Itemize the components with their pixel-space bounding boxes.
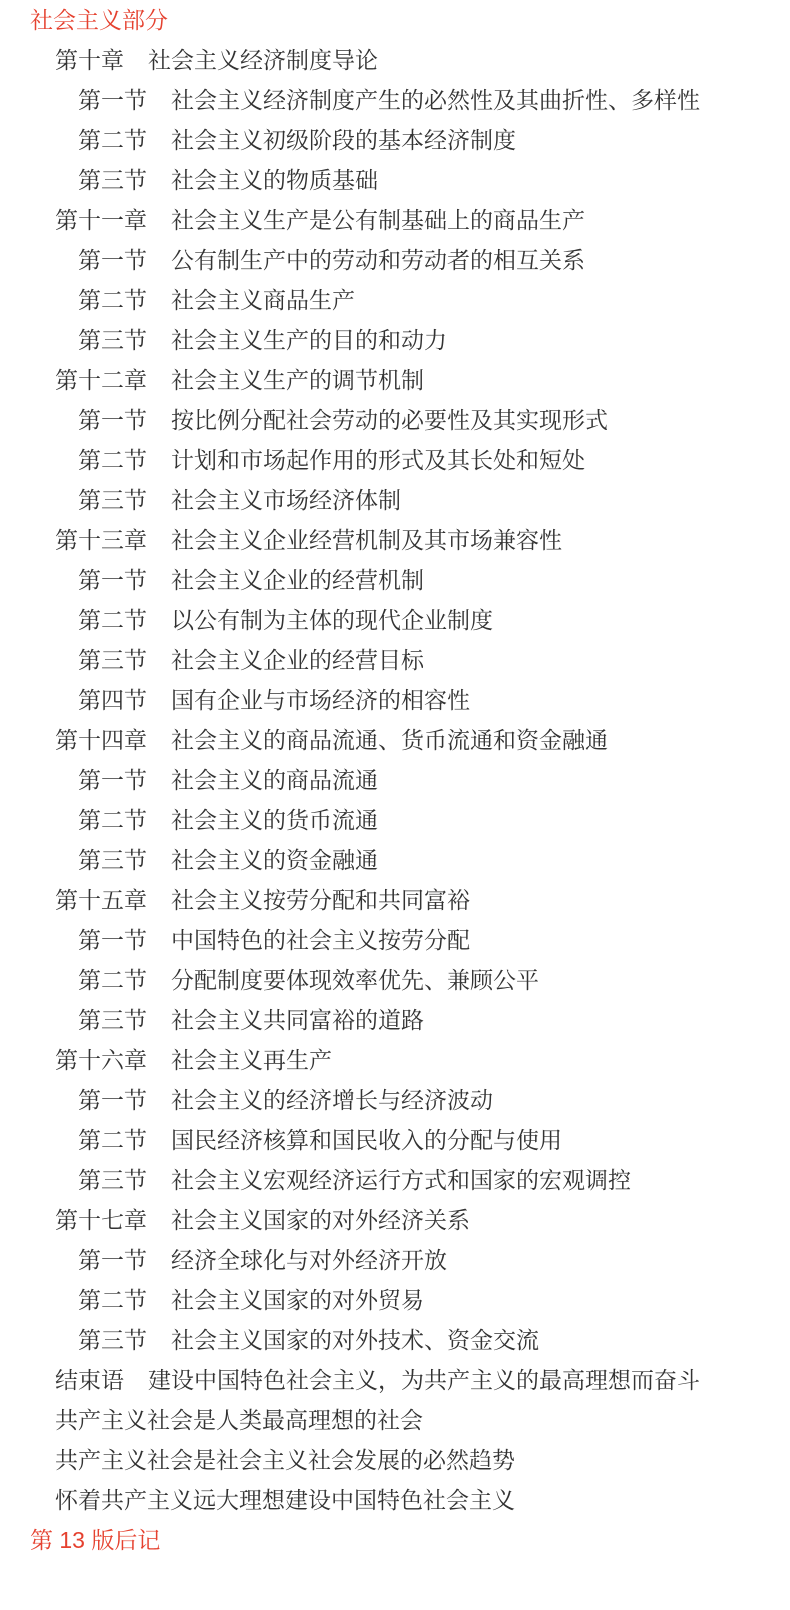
toc-item-number-label: 第二节	[78, 440, 147, 480]
toc-item: 第二节 国民经济核算和国民收入的分配与使用	[0, 1120, 790, 1160]
toc-item-title: 分配制度要体现效率优先、兼顾公平	[171, 960, 539, 1000]
toc-item: 第一节 社会主义经济制度产生的必然性及其曲折性、多样性	[0, 80, 790, 120]
toc-item: 共产主义社会是人类最高理想的社会	[0, 1400, 790, 1440]
toc-item-number-label: 第十四章	[55, 720, 147, 760]
toc-item: 第十七章 社会主义国家的对外经济关系	[0, 1200, 790, 1240]
toc-item-number-label: 第一节	[78, 1240, 147, 1280]
toc-item-number-label: 第十七章	[55, 1200, 147, 1240]
toc-item-title: 社会主义企业的经营目标	[171, 640, 424, 680]
toc-item: 第十二章 社会主义生产的调节机制	[0, 360, 790, 400]
edition-postscript: 第 13 版后记	[0, 1520, 790, 1560]
toc-item-title: 社会主义的经济增长与经济波动	[171, 1080, 493, 1120]
toc-item-number-label: 第一节	[78, 80, 147, 120]
toc-item: 第十章 社会主义经济制度导论	[0, 40, 790, 80]
toc-item: 第二节 以公有制为主体的现代企业制度	[0, 600, 790, 640]
toc-item-number-label: 第三节	[78, 480, 147, 520]
toc-item-title: 社会主义生产是公有制基础上的商品生产	[171, 200, 585, 240]
toc-item-title: 社会主义共同富裕的道路	[171, 1000, 424, 1040]
toc-item: 第一节 社会主义企业的经营机制	[0, 560, 790, 600]
toc-item: 第一节 公有制生产中的劳动和劳动者的相互关系	[0, 240, 790, 280]
toc-item: 第三节 社会主义宏观经济运行方式和国家的宏观调控	[0, 1160, 790, 1200]
toc-item-title: 以公有制为主体的现代企业制度	[171, 600, 493, 640]
toc-item: 怀着共产主义远大理想建设中国特色社会主义	[0, 1480, 790, 1520]
toc-item-number-label: 第十六章	[55, 1040, 147, 1080]
toc-item-number-label: 第三节	[78, 840, 147, 880]
toc-item: 第三节 社会主义的资金融通	[0, 840, 790, 880]
toc-item: 第三节 社会主义共同富裕的道路	[0, 1000, 790, 1040]
toc-item-title: 共产主义社会是社会主义社会发展的必然趋势	[55, 1440, 515, 1480]
toc-item-number-label: 第四节	[78, 680, 147, 720]
toc-item-title: 共产主义社会是人类最高理想的社会	[55, 1400, 423, 1440]
toc-item: 第十五章 社会主义按劳分配和共同富裕	[0, 880, 790, 920]
part-header: 社会主义部分	[0, 0, 790, 40]
toc-item: 第一节 经济全球化与对外经济开放	[0, 1240, 790, 1280]
toc-item-title: 按比例分配社会劳动的必要性及其实现形式	[171, 400, 608, 440]
toc-item-number-label: 第十一章	[55, 200, 147, 240]
toc-item-title: 国有企业与市场经济的相容性	[171, 680, 470, 720]
toc-item-title: 中国特色的社会主义按劳分配	[171, 920, 470, 960]
toc-item-title: 社会主义的商品流通、货币流通和资金融通	[171, 720, 608, 760]
toc-item-title: 社会主义企业的经营机制	[171, 560, 424, 600]
toc-item-number-label: 第十章	[55, 40, 124, 80]
toc-item: 第二节 社会主义初级阶段的基本经济制度	[0, 120, 790, 160]
toc-item-title: 怀着共产主义远大理想建设中国特色社会主义	[55, 1480, 515, 1520]
toc-item-number-label: 第二节	[78, 1120, 147, 1160]
toc-item-title: 社会主义经济制度产生的必然性及其曲折性、多样性	[171, 80, 700, 120]
toc-item: 第十一章 社会主义生产是公有制基础上的商品生产	[0, 200, 790, 240]
toc-item-title: 社会主义初级阶段的基本经济制度	[171, 120, 516, 160]
toc-item: 第一节 按比例分配社会劳动的必要性及其实现形式	[0, 400, 790, 440]
toc-item: 第二节 社会主义商品生产	[0, 280, 790, 320]
toc-item: 第一节 社会主义的经济增长与经济波动	[0, 1080, 790, 1120]
toc-item-title: 社会主义企业经营机制及其市场兼容性	[171, 520, 562, 560]
toc-item: 第二节 社会主义国家的对外贸易	[0, 1280, 790, 1320]
toc-item-number-label: 第一节	[78, 560, 147, 600]
toc-item-title: 社会主义市场经济体制	[171, 480, 401, 520]
toc-item: 第一节 社会主义的商品流通	[0, 760, 790, 800]
toc-item: 结束语 建设中国特色社会主义，为共产主义的最高理想而奋斗	[0, 1360, 790, 1400]
toc-item-title: 经济全球化与对外经济开放	[171, 1240, 447, 1280]
toc-item-number-label: 第三节	[78, 1160, 147, 1200]
toc-item-title: 社会主义商品生产	[171, 280, 355, 320]
toc-item-title: 社会主义生产的目的和动力	[171, 320, 447, 360]
toc-item-number-label: 第一节	[78, 240, 147, 280]
toc-item-title: 计划和市场起作用的形式及其长处和短处	[171, 440, 585, 480]
toc-item-number-label: 第十二章	[55, 360, 147, 400]
toc-item-number-label: 第一节	[78, 400, 147, 440]
toc-item-number-label: 第二节	[78, 1280, 147, 1320]
toc-item-number-label: 第二节	[78, 280, 147, 320]
toc-item: 第三节 社会主义国家的对外技术、资金交流	[0, 1320, 790, 1360]
toc-item: 第三节 社会主义企业的经营目标	[0, 640, 790, 680]
toc-item: 第十六章 社会主义再生产	[0, 1040, 790, 1080]
toc-item-title: 社会主义的物质基础	[171, 160, 378, 200]
toc-item-title: 社会主义宏观经济运行方式和国家的宏观调控	[171, 1160, 631, 1200]
toc-item-number-label: 第一节	[78, 760, 147, 800]
toc-item-number-label: 结束语	[55, 1360, 124, 1400]
toc-item-title: 社会主义国家的对外经济关系	[171, 1200, 470, 1240]
toc-item-title: 社会主义的商品流通	[171, 760, 378, 800]
toc-item-title: 社会主义再生产	[171, 1040, 332, 1080]
toc-page: 社会主义部分 第十章 社会主义经济制度导论 第一节 社会主义经济制度产生的必然性…	[0, 0, 790, 1610]
toc-item-number-label: 第二节	[78, 960, 147, 1000]
toc-item: 第二节 社会主义的货币流通	[0, 800, 790, 840]
toc-item-title: 社会主义国家的对外贸易	[171, 1280, 424, 1320]
toc-item-title: 社会主义经济制度导论	[148, 40, 378, 80]
toc-item-number-label: 第三节	[78, 1000, 147, 1040]
toc-item-title: 国民经济核算和国民收入的分配与使用	[171, 1120, 562, 1160]
toc-item: 第三节 社会主义市场经济体制	[0, 480, 790, 520]
toc-item-number-label: 第一节	[78, 920, 147, 960]
toc-item-number-label: 第二节	[78, 120, 147, 160]
toc-item-title: 社会主义国家的对外技术、资金交流	[171, 1320, 539, 1360]
toc-item: 第三节 社会主义的物质基础	[0, 160, 790, 200]
toc-item-title: 公有制生产中的劳动和劳动者的相互关系	[171, 240, 585, 280]
toc-item-number-label: 第三节	[78, 160, 147, 200]
toc-item: 第四节 国有企业与市场经济的相容性	[0, 680, 790, 720]
toc-item: 第二节 分配制度要体现效率优先、兼顾公平	[0, 960, 790, 1000]
toc-item: 共产主义社会是社会主义社会发展的必然趋势	[0, 1440, 790, 1480]
toc-item-title: 建设中国特色社会主义，为共产主义的最高理想而奋斗	[148, 1360, 700, 1400]
toc-item-number-label: 第二节	[78, 600, 147, 640]
toc-item-number-label: 第三节	[78, 640, 147, 680]
toc-item: 第十四章 社会主义的商品流通、货币流通和资金融通	[0, 720, 790, 760]
toc-item-number-label: 第十三章	[55, 520, 147, 560]
toc-item-number-label: 第二节	[78, 800, 147, 840]
toc-item-title: 社会主义按劳分配和共同富裕	[171, 880, 470, 920]
toc-item-title: 社会主义生产的调节机制	[171, 360, 424, 400]
edition-postscript-label: 第 13 版后记	[30, 1520, 160, 1560]
toc-item-number-label: 第三节	[78, 320, 147, 360]
toc-item: 第十三章 社会主义企业经营机制及其市场兼容性	[0, 520, 790, 560]
toc-item-number-label: 第一节	[78, 1080, 147, 1120]
toc-item-title: 社会主义的资金融通	[171, 840, 378, 880]
toc-item: 第三节 社会主义生产的目的和动力	[0, 320, 790, 360]
toc-list: 第十章 社会主义经济制度导论 第一节 社会主义经济制度产生的必然性及其曲折性、多…	[0, 40, 790, 1520]
toc-item: 第一节 中国特色的社会主义按劳分配	[0, 920, 790, 960]
part-header-label: 社会主义部分	[30, 0, 168, 40]
toc-item-title: 社会主义的货币流通	[171, 800, 378, 840]
toc-item: 第二节 计划和市场起作用的形式及其长处和短处	[0, 440, 790, 480]
toc-item-number-label: 第三节	[78, 1320, 147, 1360]
toc-item-number-label: 第十五章	[55, 880, 147, 920]
